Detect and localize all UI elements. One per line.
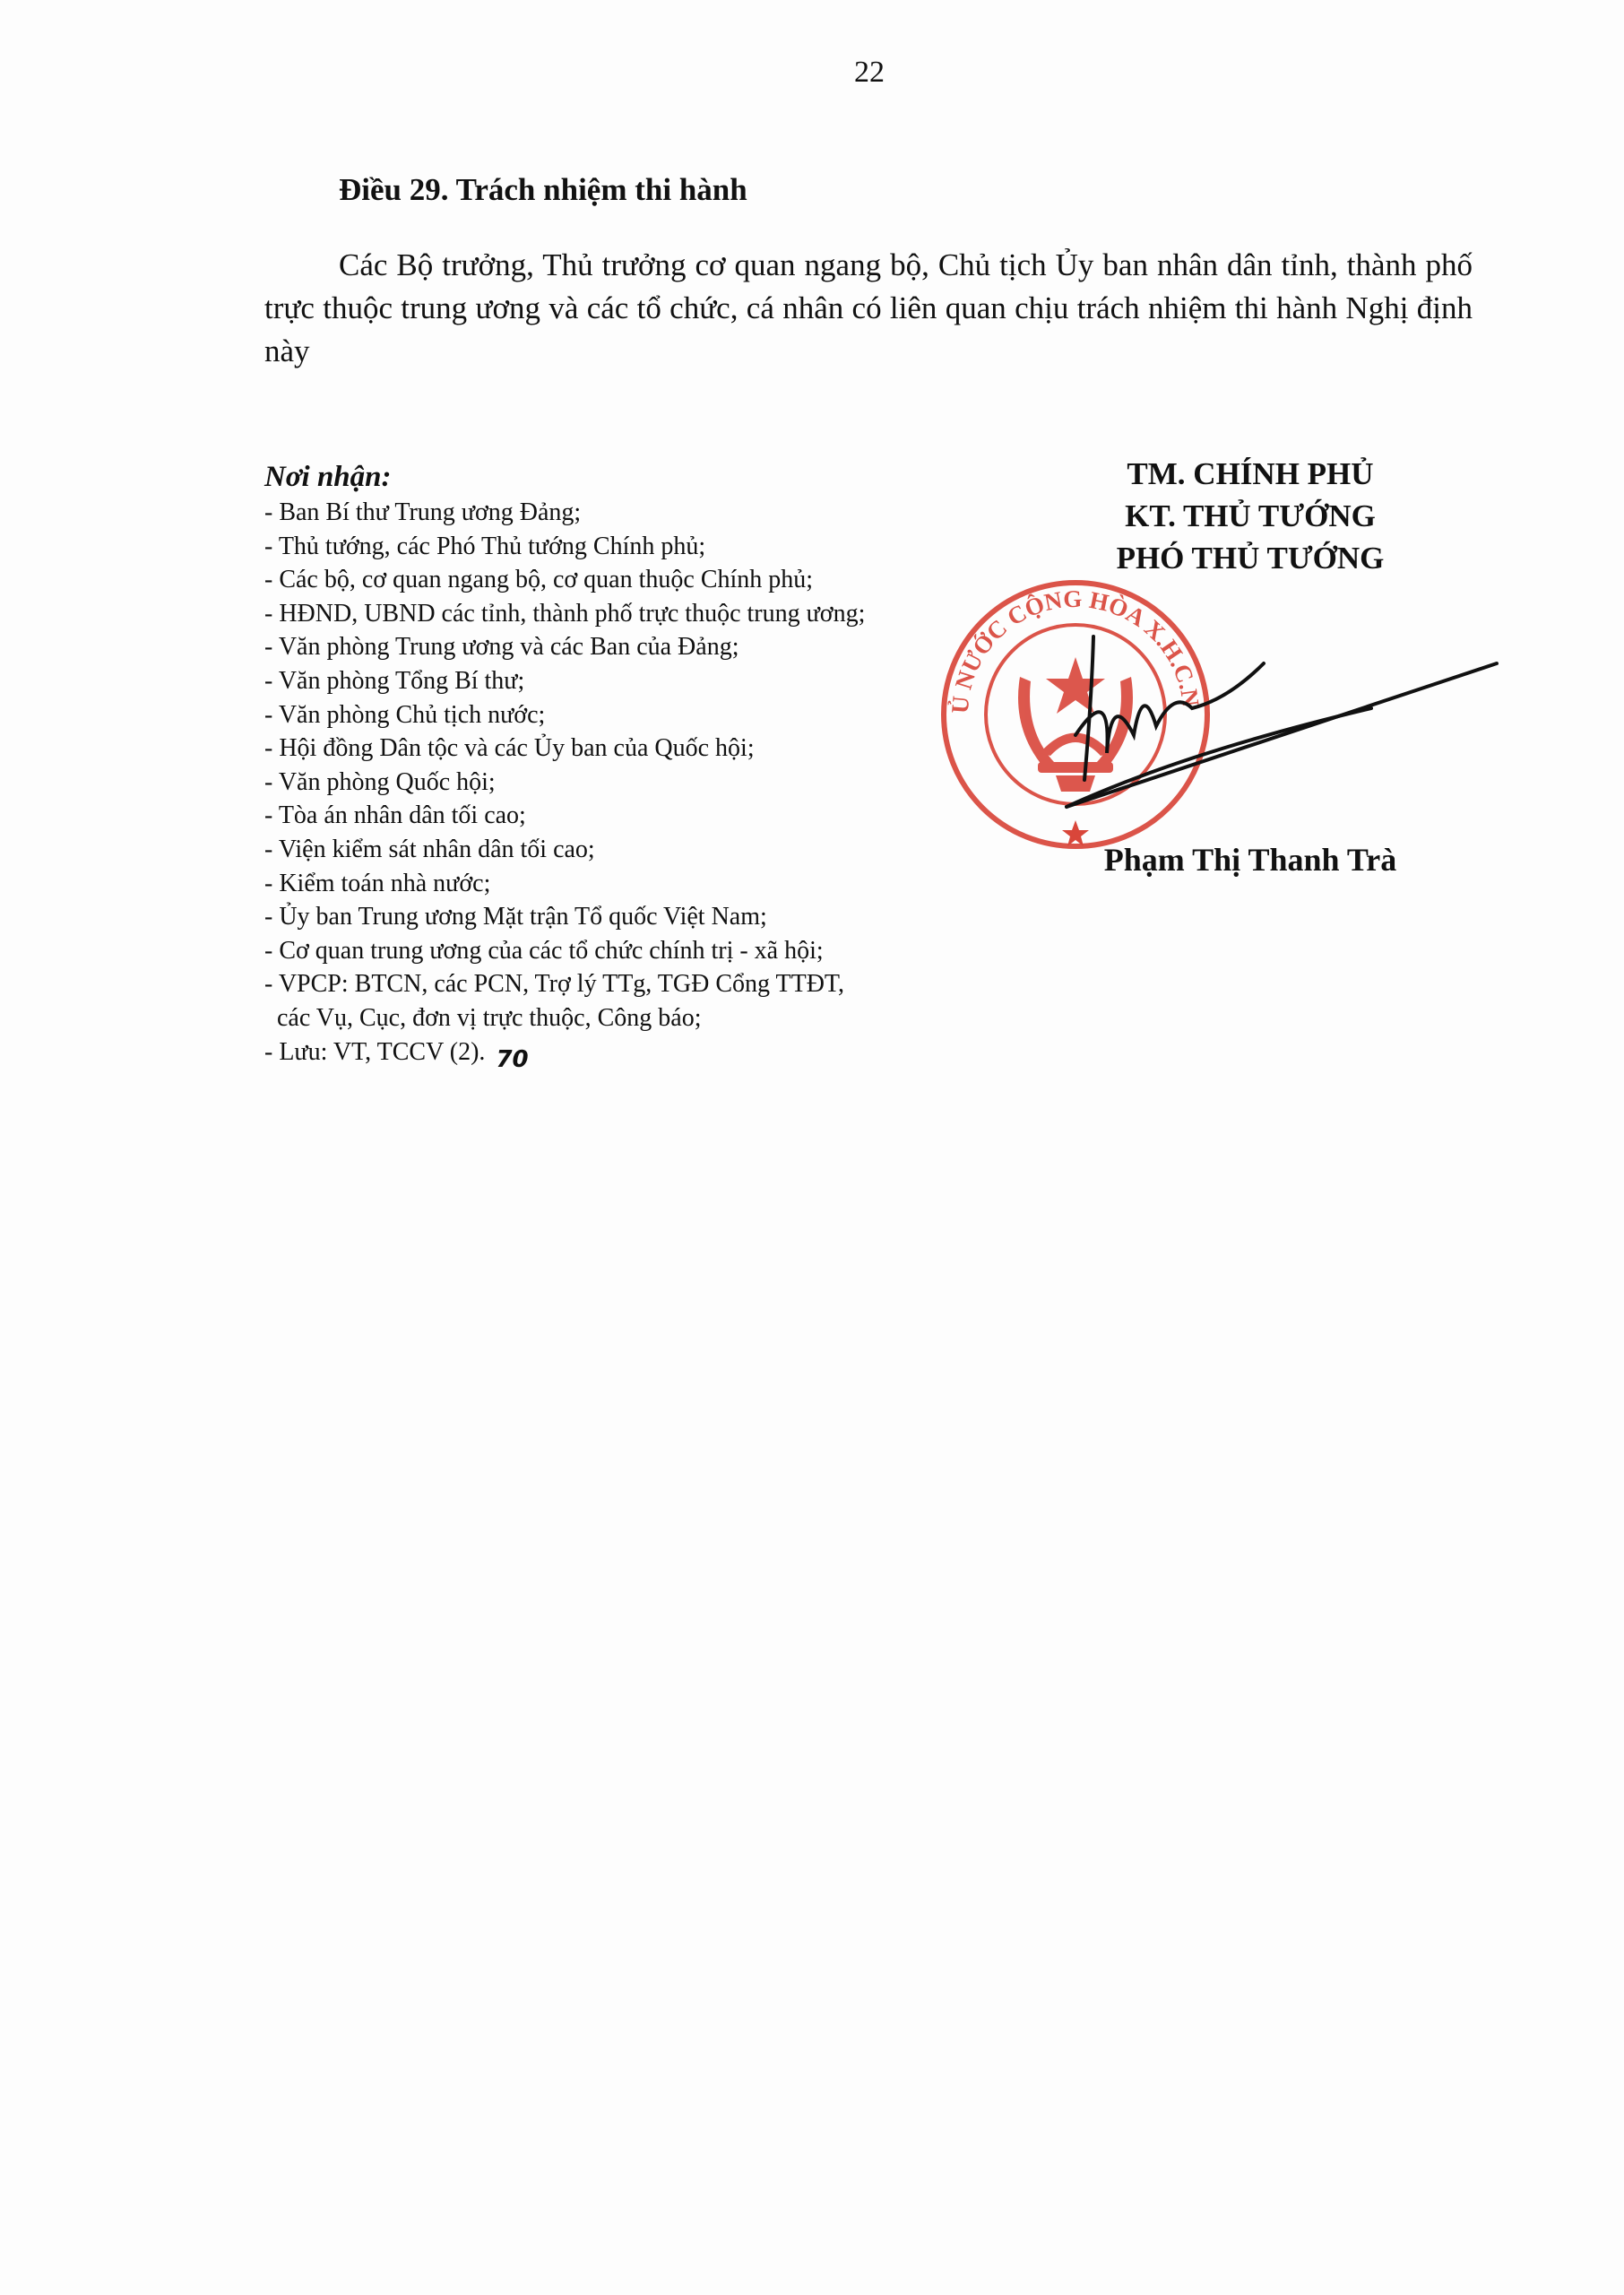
recipient-item: - Văn phòng Chủ tịch nước; xyxy=(264,698,999,732)
recipient-item: - Ủy ban Trung ương Mặt trận Tổ quốc Việ… xyxy=(264,900,999,934)
recipient-item: - Cơ quan trung ương của các tổ chức chí… xyxy=(264,934,999,968)
recipient-item: - Thủ tướng, các Phó Thủ tướng Chính phủ… xyxy=(264,530,999,564)
recipients-list: - Ban Bí thư Trung ương Đảng; - Thủ tướn… xyxy=(264,496,999,1070)
handwritten-signature xyxy=(1058,628,1506,825)
recipient-item-text: - Lưu: VT, TCCV (2). xyxy=(264,1038,485,1066)
page-number: 22 xyxy=(842,56,896,90)
article-body: Các Bộ trưởng, Thủ trưởng cơ quan ngang … xyxy=(264,244,1473,373)
recipient-item: - Văn phòng Trung ương và các Ban của Đả… xyxy=(264,630,999,664)
recipient-item: các Vụ, Cục, đơn vị trực thuộc, Công báo… xyxy=(264,1001,999,1035)
recipient-item: - Văn phòng Tổng Bí thư; xyxy=(264,664,999,698)
handwritten-mark: 70 xyxy=(496,1044,528,1078)
recipient-item: - Văn phòng Quốc hội; xyxy=(264,766,999,800)
recipient-item: - Tòa án nhân dân tối cao; xyxy=(264,799,999,833)
recipient-item: - Viện kiểm sát nhân dân tối cao; xyxy=(264,833,999,867)
recipient-item: - Ban Bí thư Trung ương Đảng; xyxy=(264,496,999,530)
recipient-item: - Các bộ, cơ quan ngang bộ, cơ quan thuộ… xyxy=(264,563,999,597)
sign-line-3: PHÓ THỦ TƯỚNG xyxy=(1017,537,1483,579)
recipient-item: - Hội đồng Dân tộc và các Ủy ban của Quố… xyxy=(264,732,999,766)
signer-name: Phạm Thị Thanh Trà xyxy=(1017,841,1483,879)
recipients-block: Nơi nhận: - Ban Bí thư Trung ương Đảng; … xyxy=(264,459,999,1070)
recipient-item: - HĐND, UBND các tỉnh, thành phố trực th… xyxy=(264,597,999,631)
recipient-item: - Kiểm toán nhà nước; xyxy=(264,867,999,901)
recipient-item-last: - Lưu: VT, TCCV (2).70 xyxy=(264,1035,999,1070)
signature-authority-block: TM. CHÍNH PHỦ KT. THỦ TƯỚNG PHÓ THỦ TƯỚN… xyxy=(1017,453,1483,579)
sign-line-1: TM. CHÍNH PHỦ xyxy=(1017,453,1483,495)
article-title: Điều 29. Trách nhiệm thi hành xyxy=(339,172,747,208)
sign-line-2: KT. THỦ TƯỚNG xyxy=(1017,495,1483,537)
recipient-item: - VPCP: BTCN, các PCN, Trợ lý TTg, TGĐ C… xyxy=(264,967,999,1001)
recipients-title: Nơi nhận: xyxy=(264,459,999,495)
